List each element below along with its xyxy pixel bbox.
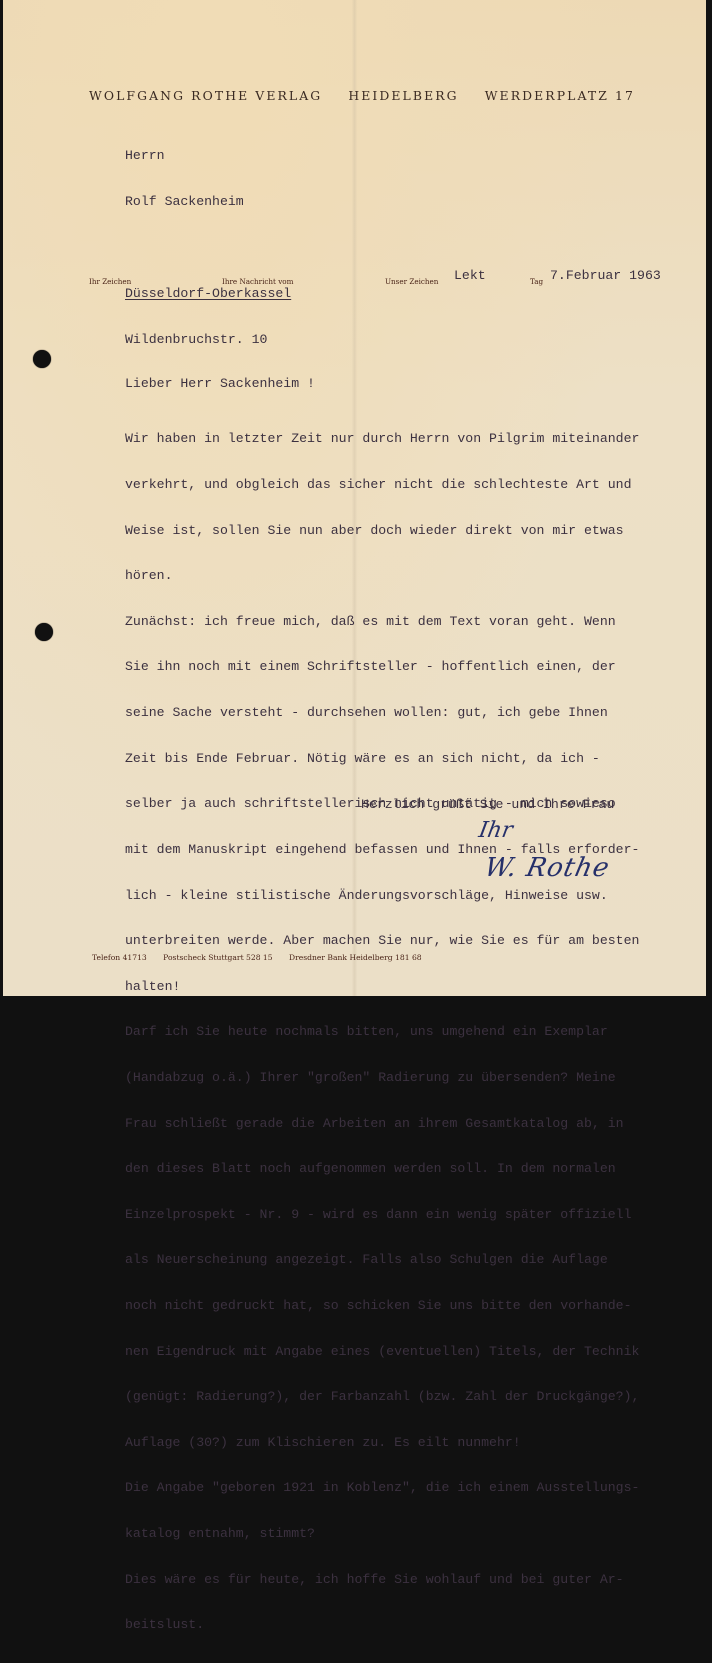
- recipient-name: Rolf Sackenheim: [125, 194, 291, 209]
- body-line: Zunächst: ich freue mich, daß es mit dem…: [125, 614, 639, 629]
- letter-page: WOLFGANG ROTHE VERLAG HEIDELBERG WERDERP…: [3, 0, 706, 996]
- body-line: Weise ist, sollen Sie nun aber doch wied…: [125, 523, 639, 538]
- recipient-street: Wildenbruchstr. 10: [125, 332, 291, 347]
- body-line: Zeit bis Ende Februar. Nötig wäre es an …: [125, 751, 639, 766]
- unser-zeichen-value: Lekt: [454, 268, 486, 283]
- letterhead-footer: Telefon 41713 Postscheck Stuttgart 528 1…: [92, 953, 436, 962]
- ihr-zeichen-label: Ihr Zeichen: [89, 277, 131, 286]
- letter-body: Wir haben in letzter Zeit nur durch Herr…: [125, 401, 639, 1000]
- letterhead: WOLFGANG ROTHE VERLAG HEIDELBERG WERDERP…: [89, 88, 689, 103]
- body-line: hören.: [125, 568, 639, 583]
- body-line: lich - kleine stilistische Änderungsvors…: [125, 888, 639, 903]
- signature-ihr: Ihr: [477, 818, 515, 843]
- letter-date: 7.Februar 1963: [550, 268, 661, 283]
- footer-postscheck: Postscheck Stuttgart 528 15: [163, 953, 272, 962]
- body-line: unterbreiten werde. Aber machen Sie nur,…: [125, 933, 639, 948]
- tag-label: Tag: [530, 277, 543, 286]
- closing-line: Herzlich grüßt Sie und Ihre Frau: [361, 797, 614, 812]
- ihre-nachricht-label: Ihre Nachricht vom: [222, 277, 293, 286]
- recipient-salutation-line: Herrn: [125, 148, 291, 163]
- body-line: verkehrt, und obgleich das sicher nicht …: [125, 477, 639, 492]
- body-line: Sie ihn noch mit einem Schriftsteller - …: [125, 659, 639, 674]
- letterhead-street: WERDERPLATZ 17: [485, 88, 635, 103]
- body-line: Wir haben in letzter Zeit nur durch Herr…: [125, 431, 639, 446]
- letterhead-city: HEIDELBERG: [348, 88, 458, 103]
- footer-bank: Dresdner Bank Heidelberg 181 68: [289, 953, 422, 962]
- reference-row: Ihr Zeichen Ihre Nachricht vom Unser Zei…: [3, 268, 703, 292]
- punch-hole-bottom: [35, 623, 53, 641]
- body-line: halten!: [125, 979, 639, 994]
- recipient-address: Herrn Rolf Sackenheim Düsseldorf-Oberkas…: [125, 118, 291, 377]
- footer-telefon: Telefon 41713: [92, 953, 147, 962]
- punch-hole-top: [33, 350, 51, 368]
- unser-zeichen-label: Unser Zeichen: [385, 277, 438, 286]
- letterhead-company: WOLFGANG ROTHE VERLAG: [89, 88, 322, 103]
- salutation: Lieber Herr Sackenheim !: [125, 376, 315, 391]
- body-line: seine Sache versteht - durchsehen wollen…: [125, 705, 639, 720]
- signature-name: W. Rothe: [482, 853, 613, 883]
